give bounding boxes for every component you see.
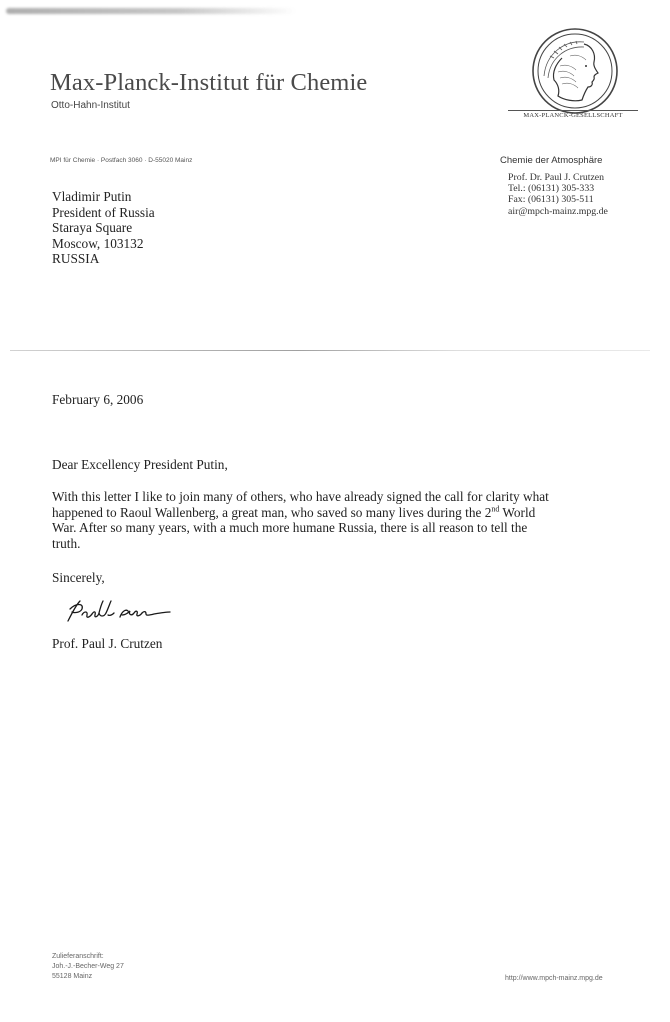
- sender-contact-block: Prof. Dr. Paul J. Crutzen Tel.: (06131) …: [508, 172, 608, 217]
- body-line-text: happened to Raoul Wallenberg, a great ma…: [52, 505, 491, 520]
- body-line-text: World: [499, 505, 535, 520]
- handwritten-signature-icon: [62, 597, 172, 625]
- recipient-line: Vladimir Putin: [52, 189, 155, 205]
- letter-body: With this letter I like to join many of …: [52, 489, 549, 551]
- department-name: Chemie der Atmosphäre: [500, 155, 602, 166]
- salutation: Dear Excellency President Putin,: [52, 457, 228, 473]
- signer-name: Prof. Paul J. Crutzen: [52, 636, 162, 652]
- body-line: happened to Raoul Wallenberg, a great ma…: [52, 505, 549, 521]
- delivery-address-label: Zulieferanschrift:: [52, 952, 124, 962]
- letter-date: February 6, 2006: [52, 392, 143, 408]
- contact-fax: Fax: (06131) 305-511: [508, 194, 608, 205]
- delivery-address-city: 55128 Mainz: [52, 972, 124, 982]
- scan-artifact-streak: [6, 8, 296, 14]
- recipient-line: Moscow, 103132: [52, 236, 155, 252]
- contact-name: Prof. Dr. Paul J. Crutzen: [508, 172, 608, 183]
- contact-phone: Tel.: (06131) 305-333: [508, 183, 608, 194]
- delivery-address-street: Joh.-J.-Becher-Weg 27: [52, 962, 124, 972]
- institute-subtitle: Otto-Hahn-Institut: [51, 100, 130, 111]
- minerva-head-seal-icon: [530, 26, 620, 116]
- fold-mark-divider: [10, 350, 650, 351]
- website-link[interactable]: http://www.mpch-mainz.mpg.de: [505, 975, 603, 982]
- return-address: MPI für Chemie · Postfach 3060 · D-55020…: [50, 157, 192, 164]
- recipient-line: President of Russia: [52, 205, 155, 221]
- recipient-line: Staraya Square: [52, 220, 155, 236]
- recipient-address-block: Vladimir Putin President of Russia Stara…: [52, 189, 155, 267]
- body-line: With this letter I like to join many of …: [52, 489, 549, 505]
- logo-caption: MAX-PLANCK-GESELLSCHAFT: [508, 110, 638, 119]
- contact-email: air@mpch-mainz.mpg.de: [508, 206, 608, 217]
- institute-name: Max-Planck-Institut für Chemie: [50, 69, 367, 97]
- delivery-address: Zulieferanschrift: Joh.-J.-Becher-Weg 27…: [52, 952, 124, 983]
- body-line: War. After so many years, with a much mo…: [52, 520, 549, 536]
- closing: Sincerely,: [52, 570, 105, 586]
- body-line: truth.: [52, 536, 549, 552]
- recipient-line: RUSSIA: [52, 251, 155, 267]
